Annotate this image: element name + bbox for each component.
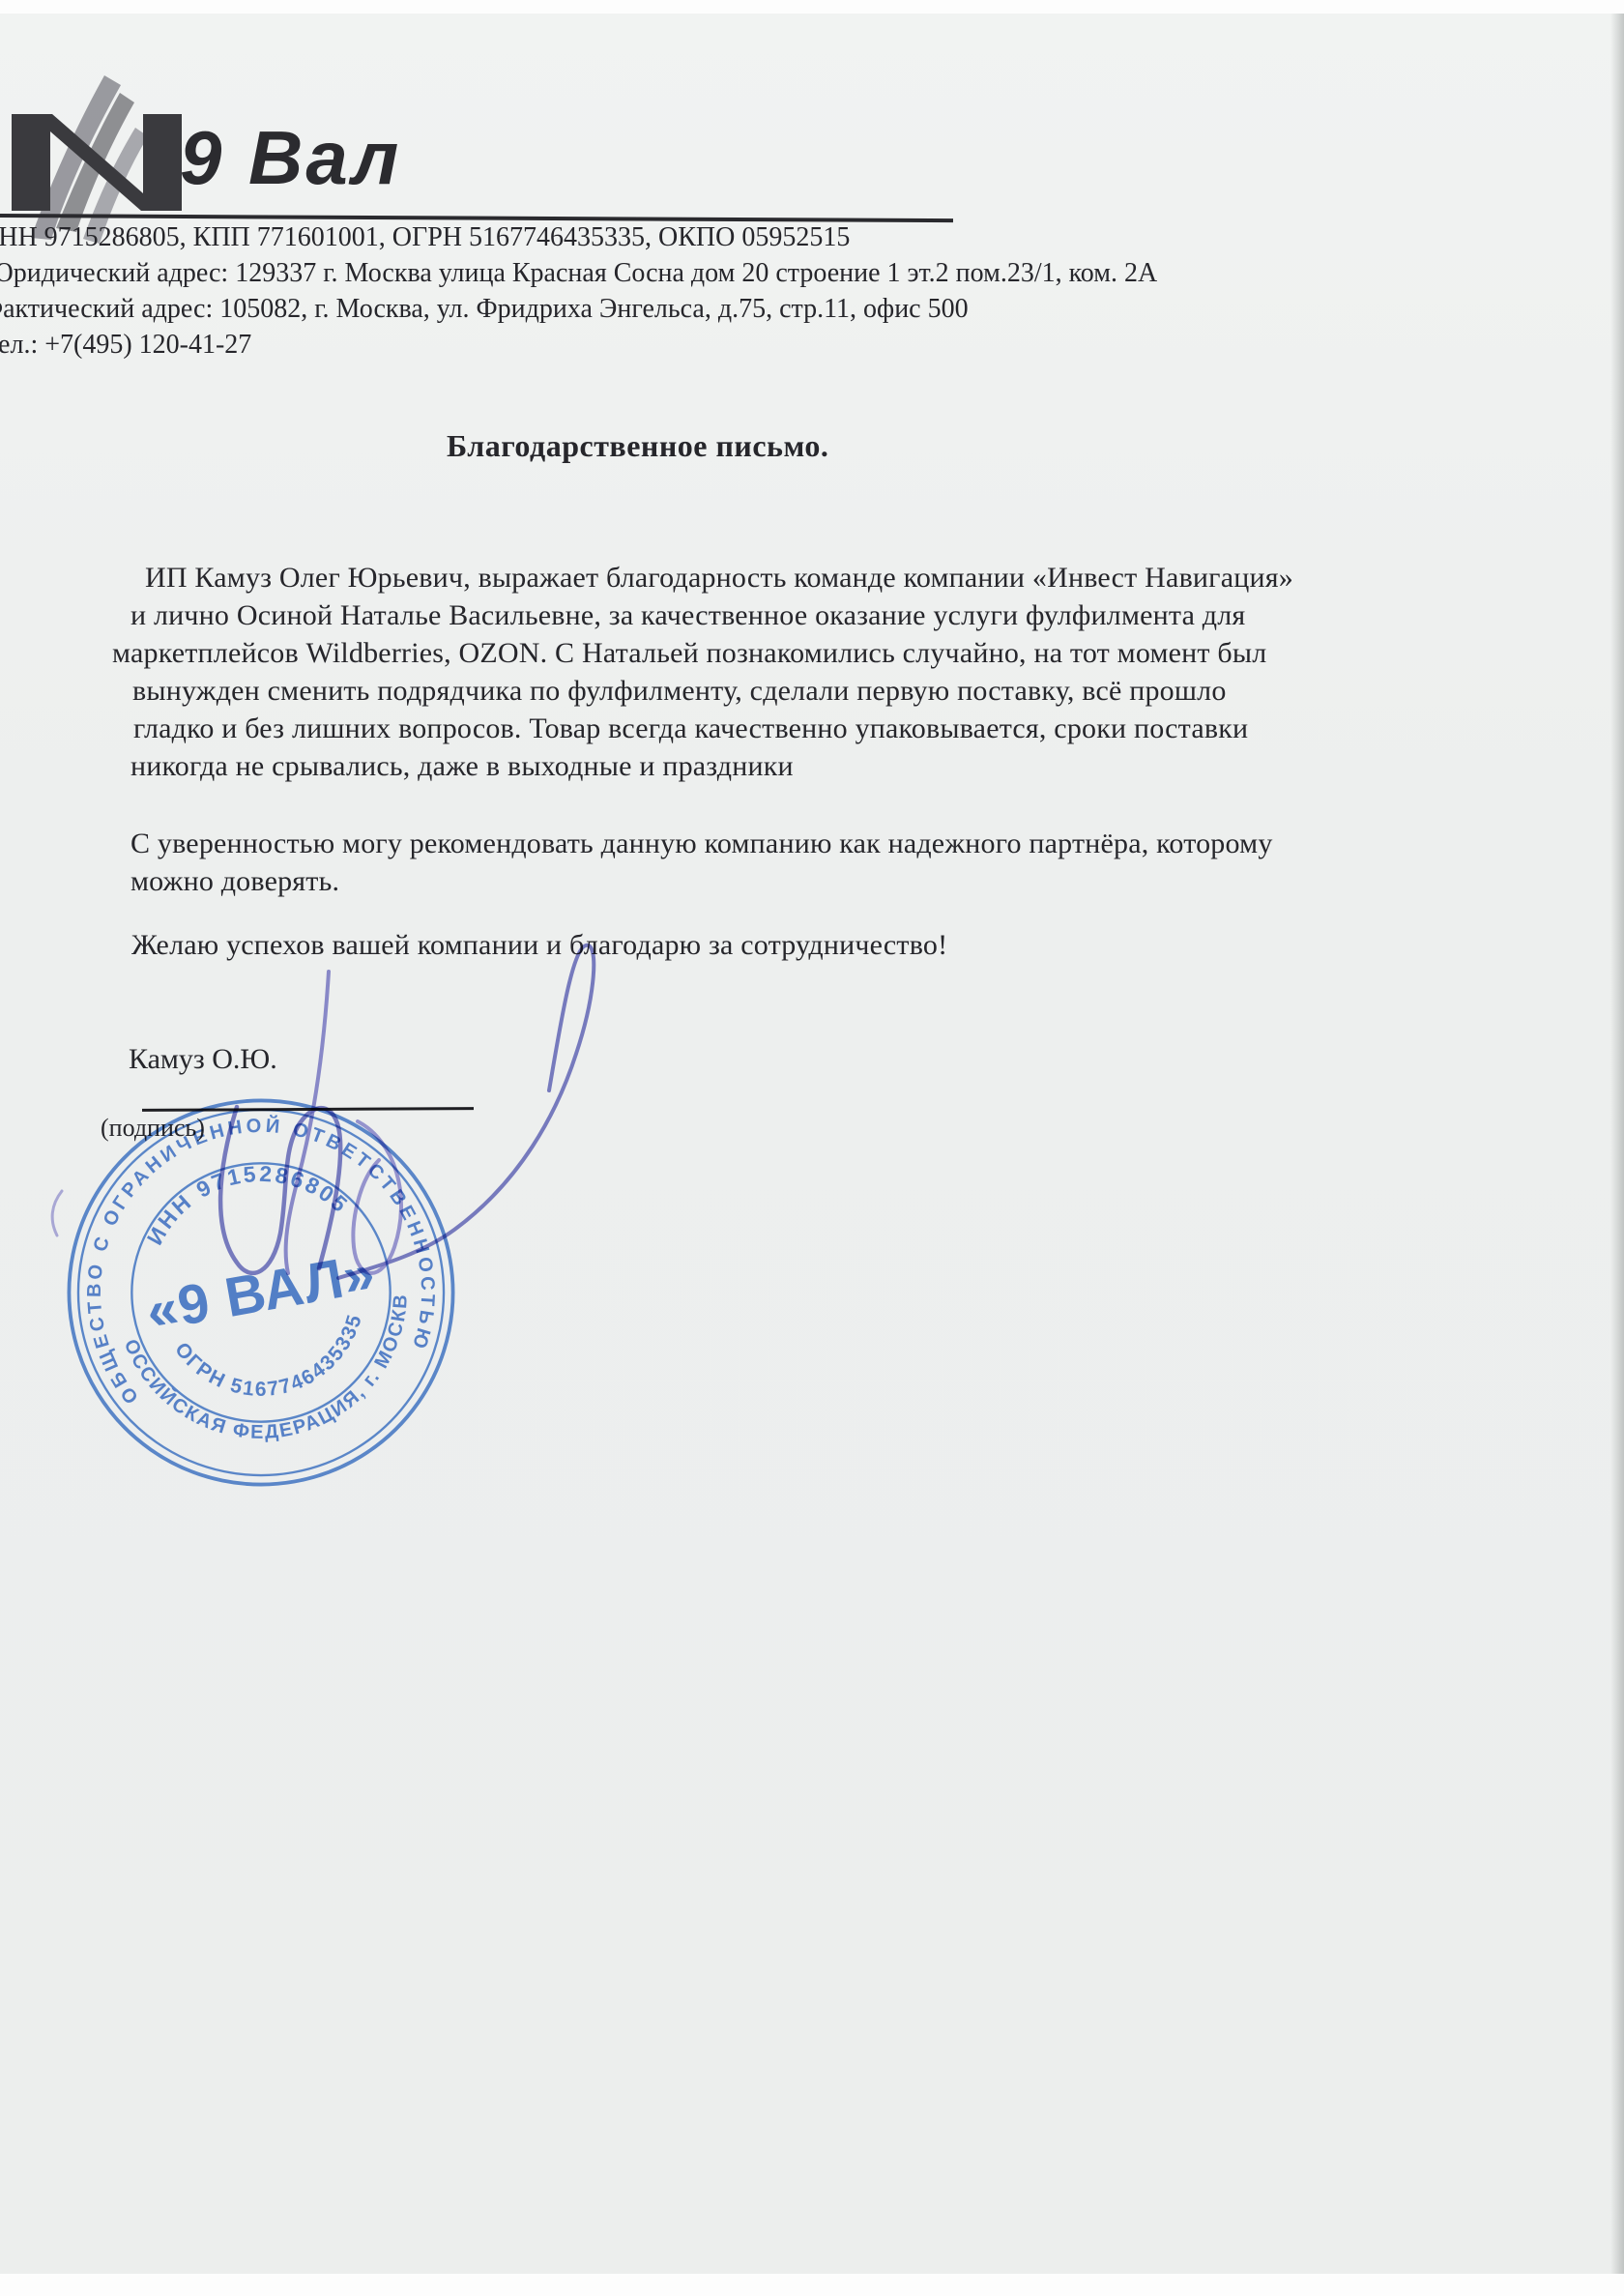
paragraph1-line: и лично Осиной Наталье Васильевне, за ка…: [130, 599, 1245, 632]
handwritten-signature: [39, 860, 638, 1382]
phone-line: Тел.: +7(495) 120-41-27: [0, 327, 1157, 363]
letterhead-requisites: ИНН 9715286805, КПП 771601001, ОГРН 5167…: [0, 219, 1157, 363]
paragraph1-line: вынужден сменить подрядчика по фулфилмен…: [132, 675, 1227, 708]
company-logo-text: 9 Вал: [180, 114, 401, 202]
paragraph1-line: ИП Камуз Олег Юрьевич, выражает благодар…: [145, 562, 1293, 595]
scanned-letter-page: 9 Вал ИНН 9715286805, КПП 771601001, ОГР…: [0, 0, 1624, 2296]
actual-address-line: Фактический адрес: 105082, г. Москва, ул…: [0, 291, 1157, 327]
scan-margin-bottom: [0, 2274, 1624, 2296]
paragraph1-line: гладко и без лишних вопросов. Товар всег…: [133, 712, 1248, 745]
paragraph2-line: С уверенностью могу рекомендовать данную…: [130, 828, 1273, 860]
scan-edge-shadow: [1610, 14, 1624, 2274]
paragraph1-line: никогда не срывались, даже в выходные и …: [130, 750, 794, 783]
legal-address-line: Юридический адрес: 129337 г. Москва улиц…: [0, 255, 1157, 291]
letter-title: Благодарственное письмо.: [447, 428, 828, 464]
scan-margin-top: [0, 0, 1624, 14]
paragraph1-line: маркетплейсов Wildberries, OZON. С Натал…: [112, 637, 1266, 670]
requisites-line: ИНН 9715286805, КПП 771601001, ОГРН 5167…: [0, 219, 1157, 255]
